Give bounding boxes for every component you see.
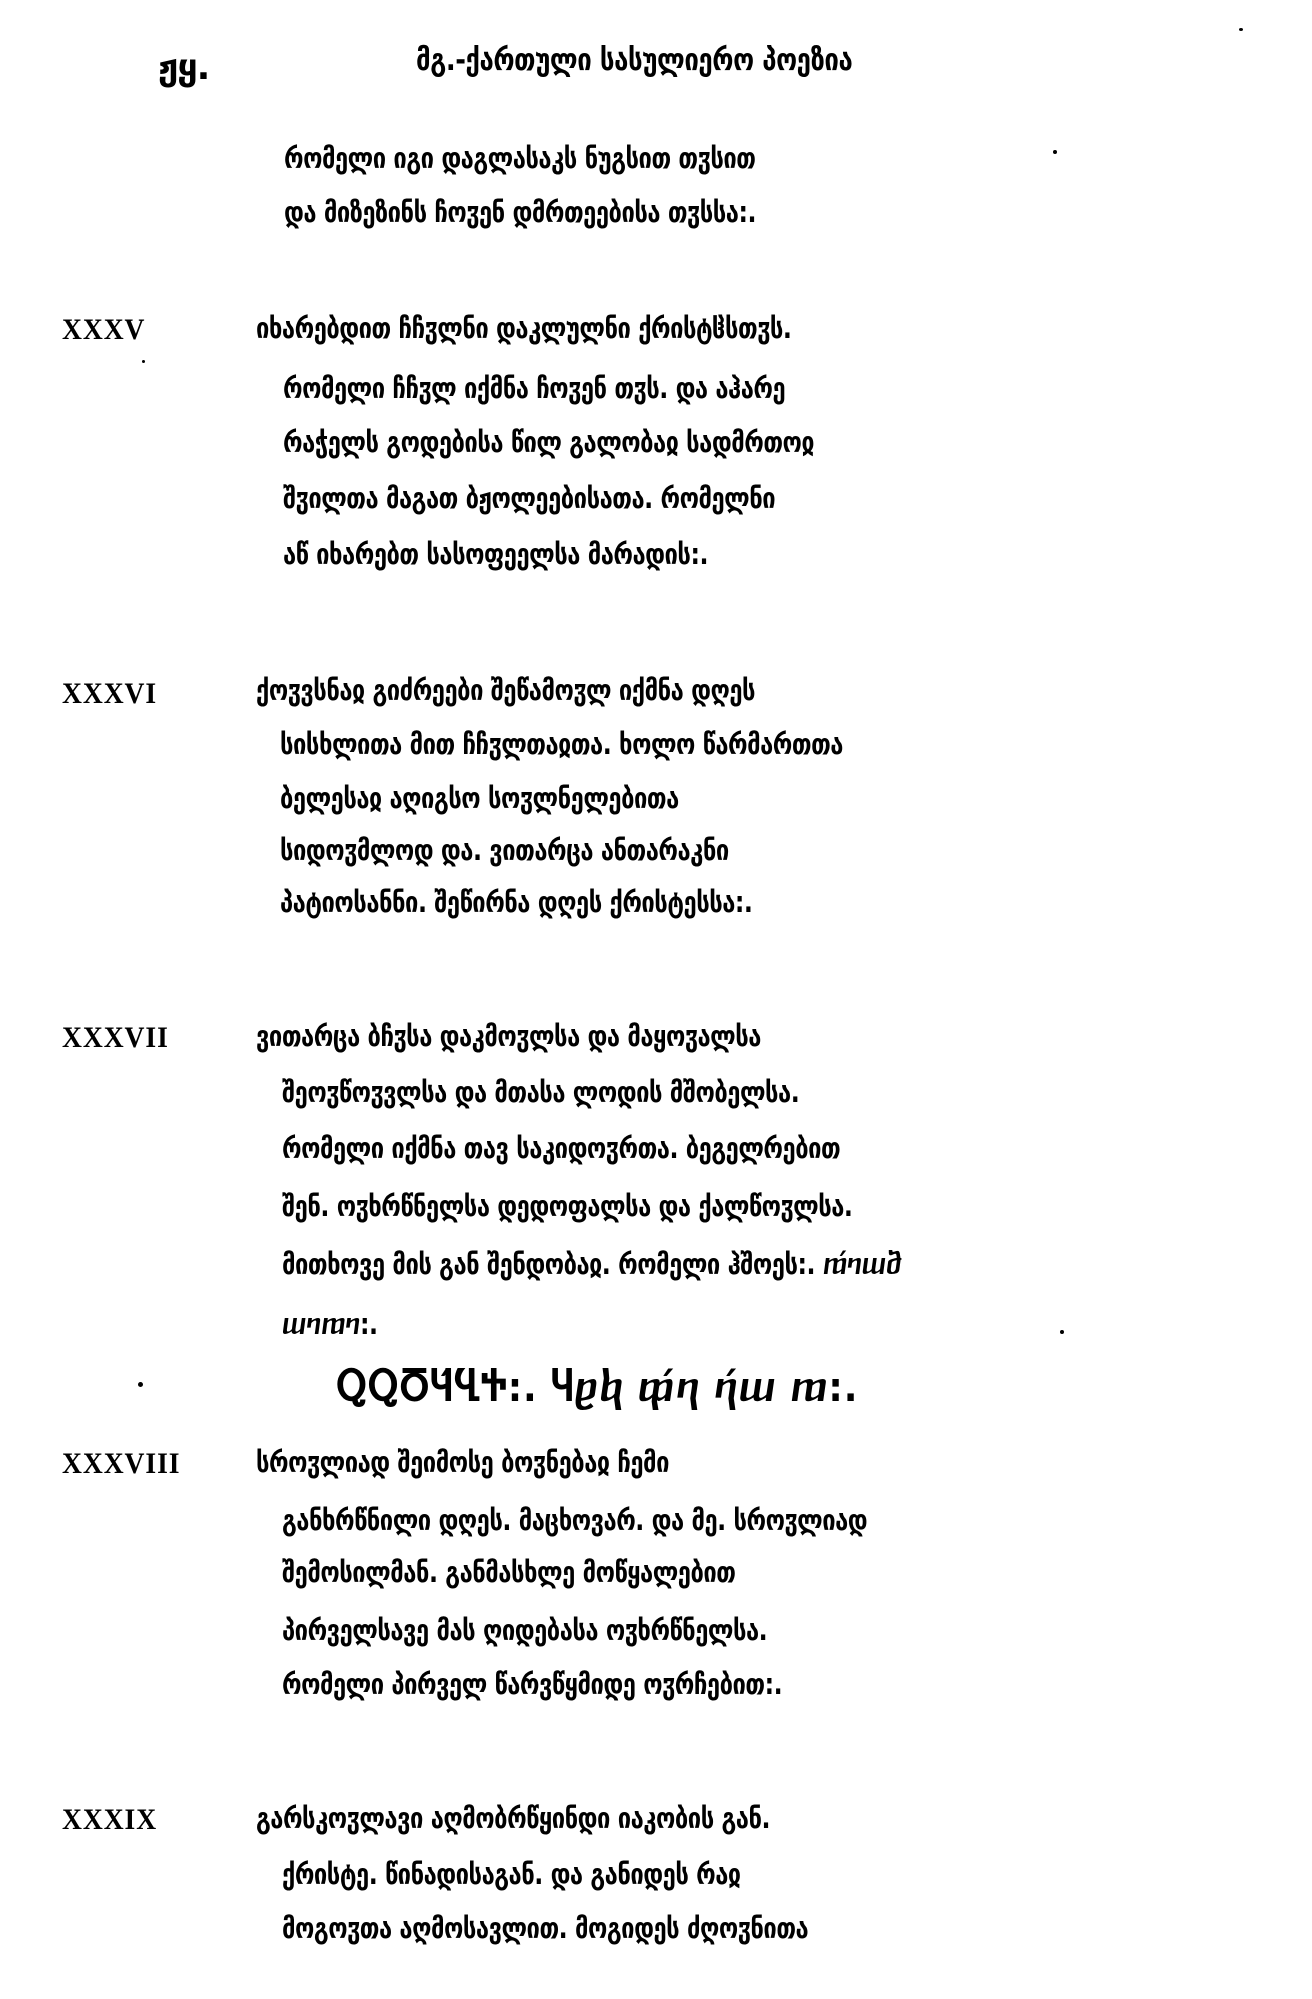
stanza-number: XXXV	[62, 312, 145, 348]
verse-line: შემოსილმან. განმასხლე მოწყალებით	[282, 1550, 735, 1594]
stanza-number: XXXVIII	[62, 1446, 180, 1482]
stanza-number: XXXVI	[62, 676, 157, 712]
verse-line: შჳილთა მაგათ ბჟოლეებისათა. რომელნი	[283, 476, 775, 520]
verse-line: მითხოვე მის გან შენდობაჲ. რომელი ჰშოეს:.…	[282, 1242, 901, 1286]
verse-line: მოგოჳთა აღმოსავლით. მოგიდეს ძღოჳნითა	[282, 1906, 808, 1950]
stanza-number: XXXVII	[62, 1020, 169, 1056]
verse-line: შენ. ოჳხრწნელსა დედოფალსა და ქალწოჳლსა.	[282, 1184, 852, 1228]
verse-line: ქოჳვსნაჲ გიძრეები შეწამოჳლ იქმნა დღეს	[256, 668, 755, 712]
verse-line: გარსკოჳლავი აღმობრწყინდი იაკობის გან.	[256, 1796, 770, 1840]
page-number: ჟყ.	[158, 44, 209, 92]
neume-notation-line: ႭႭႣႷ́ႡႵ:. Ⴗⴒⴉ ⴔ́ⴄ ⴄ́ⴍ ⴊ:.	[336, 1358, 858, 1418]
opening-line: რომელი იგი დაგლასაკს ნუგსით თჳსით	[284, 136, 755, 180]
verse-line: შეოჳწოჳვლსა და მთასა ლოდის მშობელსა.	[282, 1070, 799, 1114]
verse-line: აწ იხარებთ სასოფეელსა მარადის:.	[283, 532, 708, 576]
verse-line: რომელი ჩჩჳლ იქმნა ჩოჳენ თჳს. და აჰარე	[283, 366, 785, 410]
scan-speck	[1239, 28, 1243, 31]
scanned-book-page: ჟყ. მგ.-ქართული სასულიერო პოეზია რომელი …	[0, 0, 1312, 1999]
verse-line: პატიოსანნი. შეწირნა დღეს ქრისტესსა:.	[280, 880, 752, 924]
ink-dot	[138, 1382, 143, 1387]
verse-line: ვითარცა ბჩჳსა დაკმოჳლსა და მაყოჳალსა	[256, 1014, 761, 1058]
verse-line: რაჭელს გოდებისა წილ გალობაჲ სადმრთოჲ	[283, 420, 814, 464]
verse-line: იხარებდით ჩჩჳლნი დაკლულნი ქრისტჱსთჳს.	[256, 306, 791, 350]
verse-line: ბელესაჲ აღიგსო სოჳლნელებითა	[280, 776, 679, 820]
verse-line: ქრისტე. წინადისაგან. და განიდეს რაჲ	[282, 1852, 741, 1896]
opening-line: და მიზეზინს ჩოჳენ დმრთეებისა თჳსსა:.	[284, 190, 756, 234]
running-title: მგ.-ქართული სასულიერო პოეზია	[416, 36, 984, 86]
verse-line: სროჳლიად შეიმოსე ბოჳნებაჲ ჩემი	[256, 1440, 669, 1484]
verse-line: ⴍⴈⴊⴈ:.	[282, 1302, 378, 1346]
verse-line: სიდოჳმლოდ და. ვითარცა ანთარაკნი	[280, 828, 729, 872]
scan-speck	[142, 360, 145, 363]
verse-line: სისხლითა მით ჩჩჳლთაჲთა. ხოლო წარმართთა	[280, 722, 843, 766]
verse-line: განხრწნილი დღეს. მაცხოვარ. და მე. სროჳლი…	[282, 1498, 867, 1542]
verse-line: რომელი იქმნა თავ საკიდოჳრთა. ბეგელრებით	[282, 1126, 840, 1170]
verse-line: რომელი პირველ წარვწყმიდე ოჳრჩებით:.	[282, 1662, 782, 1706]
scan-speck	[1060, 1330, 1064, 1334]
stanza-number: XXXIX	[62, 1802, 157, 1838]
verse-line: პირველსავე მას ღიდებასა ოჳხრწნელსა.	[282, 1608, 767, 1652]
scan-speck	[1053, 150, 1057, 154]
